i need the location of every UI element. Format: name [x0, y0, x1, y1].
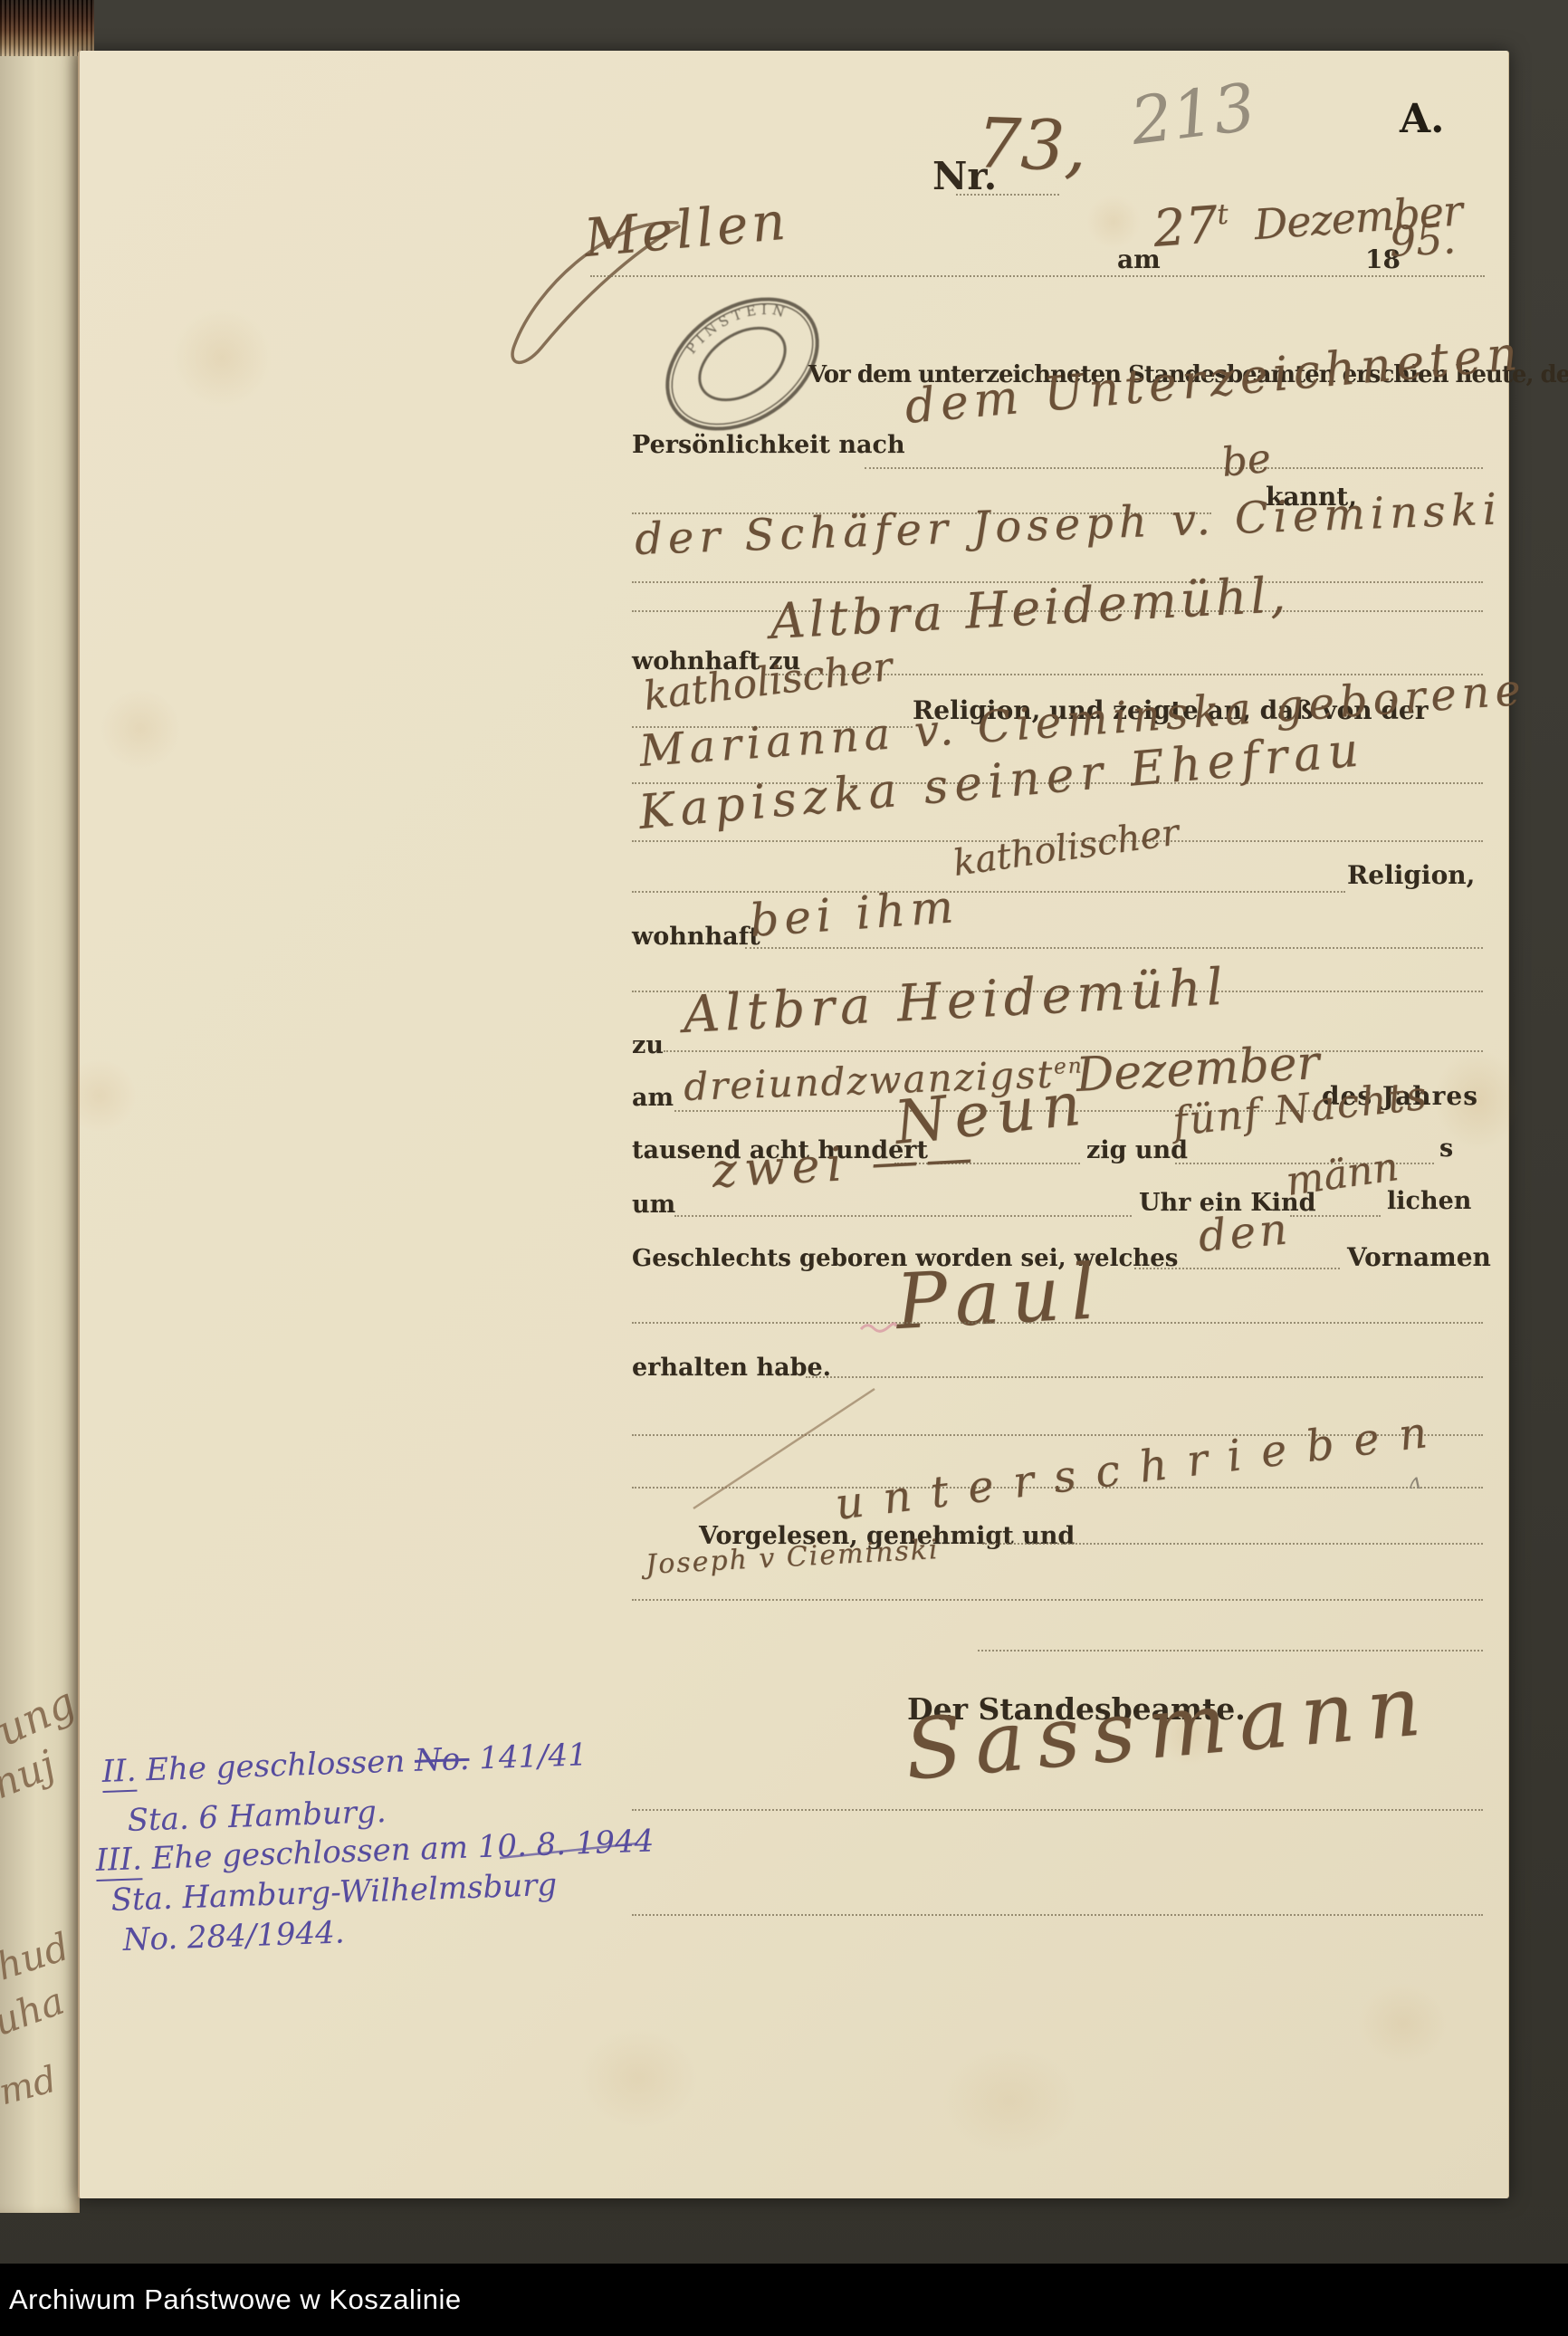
entry-article-den: den: [1197, 1207, 1293, 1259]
previous-page-edge: ung nuj hud uha md: [0, 47, 80, 2213]
form-label-um: um: [632, 1192, 675, 1219]
dotted-rule: [632, 1599, 1483, 1601]
archive-caption-label: Archiwum Państwowe w Koszalinie: [9, 2283, 462, 2316]
marginalia-fragment: hud: [0, 1924, 74, 1989]
dotted-rule: [865, 467, 1483, 469]
entry-record-number: 73,: [976, 109, 1087, 181]
blue-flourish-stroke: [496, 1836, 641, 1863]
form-corner-letter: A.: [1400, 98, 1444, 141]
annotation-text: Ehe geschlossen: [145, 1743, 405, 1788]
form-label-persoenlichkeit: Persönlichkeit nach: [632, 432, 905, 459]
form-label-s: s: [1439, 1135, 1453, 1163]
dotted-rule: [590, 275, 1485, 277]
dotted-rule: [632, 1322, 1483, 1324]
form-label-am: am: [1117, 246, 1161, 274]
book-binding-ribbon: [0, 0, 94, 56]
annotation-ref-3: No. 284/1944.: [122, 1913, 345, 1959]
dotted-rule: [632, 1914, 1483, 1916]
entry-bei-ihm: bei ihm: [749, 884, 961, 943]
annotation-struck-no: No.: [414, 1741, 470, 1779]
entry-date-day: 27: [1152, 196, 1220, 259]
entry-year: 95.: [1389, 217, 1457, 263]
entry-hour: zwei ——: [711, 1134, 980, 1195]
form-label-vornamen: Vornamen: [1347, 1244, 1491, 1272]
dotted-rule: [1134, 1268, 1340, 1269]
form-label-am2: am: [632, 1085, 674, 1112]
dotted-rule: [1290, 1215, 1381, 1217]
dotted-rule: [664, 1050, 1483, 1052]
dotted-rule: [982, 1543, 1483, 1545]
form-label-wohnhaft: wohnhaft: [632, 924, 760, 951]
dotted-rule: [632, 1809, 1483, 1811]
annotation-numeral: II.: [101, 1753, 137, 1793]
archive-caption-bar: Archiwum Państwowe w Koszalinie: [0, 2264, 1568, 2336]
marginalia-fragment: md: [0, 2059, 61, 2114]
pencil-page-number: 213: [1127, 74, 1258, 154]
dotted-rule: [956, 194, 1059, 196]
annotation-numeral: III.: [95, 1841, 143, 1881]
form-label-erhalten-habe: erhalten habe.: [632, 1355, 831, 1382]
dotted-rule: [806, 1376, 1483, 1378]
entry-child-name: Paul: [894, 1253, 1108, 1340]
dotted-rule: [745, 947, 1483, 949]
document-scan: ung nuj hud uha md 213 A. Nr. 73, Mellen…: [0, 0, 1568, 2336]
pink-ink-mark: [858, 1318, 898, 1336]
pencil-tick: ʌ: [1409, 1470, 1421, 1492]
dotted-rule: [674, 1215, 1132, 1217]
annotation-ref: 141/41: [479, 1737, 588, 1776]
form-label-zu: zu: [632, 1032, 664, 1059]
entry-be: be: [1219, 439, 1273, 483]
form-label-lichen: lichen: [1387, 1188, 1471, 1215]
dotted-rule: [632, 891, 1345, 893]
form-label-religion: Religion,: [1347, 862, 1475, 890]
marginalia-fragment: uha: [0, 1978, 70, 2044]
entry-date-day-suffix: t: [1216, 198, 1229, 232]
dotted-rule: [978, 1650, 1483, 1651]
form-label-zig-und: zig und: [1086, 1137, 1188, 1164]
